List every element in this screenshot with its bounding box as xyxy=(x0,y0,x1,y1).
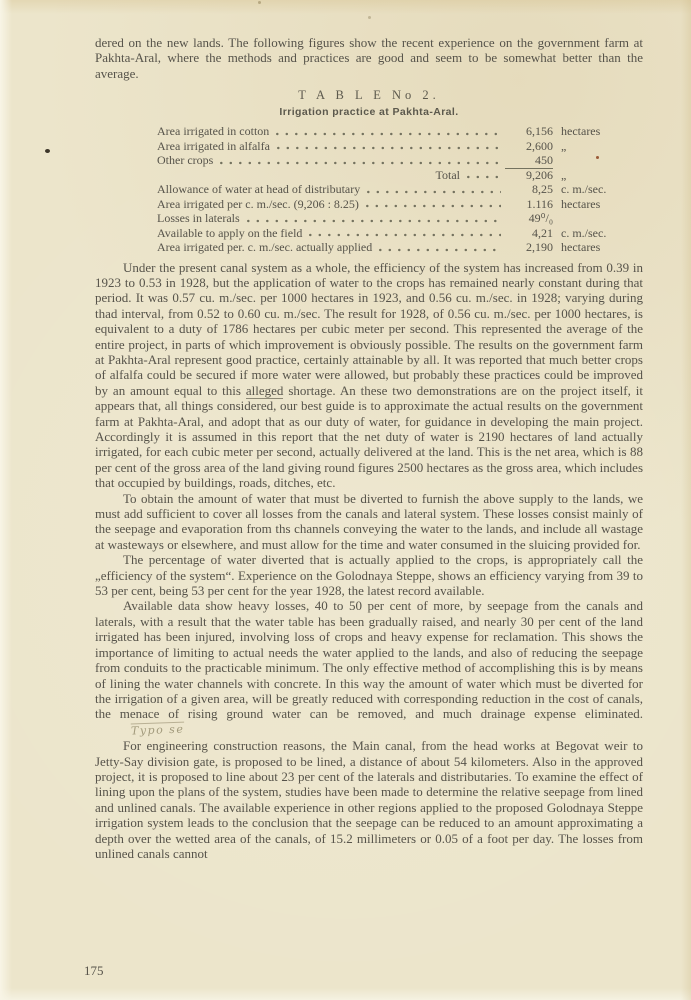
ink-speck xyxy=(258,1,261,4)
handwritten-annotation: Typo se xyxy=(103,721,185,739)
paragraph-text: shortage. An these two demonstrations ar… xyxy=(95,383,643,490)
page-body: dered on the new lands. The following fi… xyxy=(95,35,643,861)
table-row: Area irrigated in alfalfa 2,600 „ xyxy=(157,139,635,154)
dot-leader xyxy=(366,204,501,208)
paragraph-canal-system: Under the present canal system as a whol… xyxy=(95,260,643,491)
dot-leader xyxy=(277,146,501,150)
row-unit: c. m./sec. xyxy=(553,182,635,197)
row-unit: „ xyxy=(553,168,635,183)
table-row: Other crops 450 xyxy=(157,153,635,168)
row-label: Losses in laterals xyxy=(157,211,245,226)
table-row: Available to apply on the field 4,21 c. … xyxy=(157,226,635,241)
dot-leader xyxy=(379,248,501,252)
paragraph-lining: For engineering construction reasons, th… xyxy=(95,738,643,861)
paragraph-continuation: dered on the new lands. The following fi… xyxy=(95,35,643,81)
ink-speck xyxy=(45,149,50,153)
row-label: Available to apply on the field xyxy=(157,226,307,241)
table-title: T A B L E No 2. xyxy=(95,88,643,103)
row-value: 8,25 xyxy=(505,182,553,197)
row-value: 9,206 xyxy=(505,168,553,183)
paragraph-losses: Available data show heavy losses, 40 to … xyxy=(95,598,643,738)
paragraph-efficiency: The percentage of water diverted that is… xyxy=(95,552,643,598)
row-unit: „ xyxy=(553,139,635,154)
dot-leader xyxy=(220,161,501,165)
row-value: 6,156 xyxy=(505,124,553,139)
table-row-total: Total 9,206 „ xyxy=(157,168,635,183)
row-label: Area irrigated in alfalfa xyxy=(157,139,275,154)
table-row: Area irrigated per. c. m./sec. actually … xyxy=(157,240,635,255)
row-label: Other crops xyxy=(157,153,218,168)
table-subtitle: Irrigation practice at Pakhta-Aral. xyxy=(95,105,643,120)
paragraph-diverted-water: To obtain the amount of water that must … xyxy=(95,491,643,553)
dot-leader xyxy=(276,132,501,136)
dot-leader xyxy=(309,233,501,237)
scanned-document-page: dered on the new lands. The following fi… xyxy=(0,0,691,1000)
table-rows: Area irrigated in cotton 6,156 hectares … xyxy=(157,124,635,255)
dot-leader xyxy=(247,219,501,223)
row-value: 1.116 xyxy=(505,197,553,212)
row-label: Allowance of water at head of distributa… xyxy=(157,182,365,197)
row-unit: hectares xyxy=(553,197,635,212)
table-row: Area irrigated per c. m./sec. (9,206 : 8… xyxy=(157,197,635,212)
page-number: 175 xyxy=(84,963,104,979)
row-unit: hectares xyxy=(553,124,635,139)
row-unit: hectares xyxy=(553,240,635,255)
row-label: Total xyxy=(436,168,466,183)
row-value: 2,190 xyxy=(505,240,553,255)
paragraph-text: dered on the new lands. The following fi… xyxy=(95,35,643,81)
row-unit: c. m./sec. xyxy=(553,226,635,241)
table-row: Losses in laterals 49⁰/₀ xyxy=(157,211,635,226)
dot-leader xyxy=(367,190,501,194)
paragraph-text: Available data show heavy losses, 40 to … xyxy=(95,598,643,721)
row-label: Area irrigated per c. m./sec. (9,206 : 8… xyxy=(157,197,364,212)
row-value: 49⁰/₀ xyxy=(505,211,553,226)
paragraph-text: To obtain the amount of water that must … xyxy=(95,491,643,552)
ink-speck xyxy=(596,156,599,159)
table-row: Area irrigated in cotton 6,156 hectares xyxy=(157,124,635,139)
row-label: Area irrigated per. c. m./sec. actually … xyxy=(157,240,377,255)
dot-leader xyxy=(467,175,501,179)
row-value: 4,21 xyxy=(505,226,553,241)
row-value: 2,600 xyxy=(505,139,553,154)
table-row: Allowance of water at head of distributa… xyxy=(157,182,635,197)
paragraph-text: Under the present canal system as a whol… xyxy=(95,260,643,398)
paragraph-text: The percentage of water diverted that is… xyxy=(95,552,643,598)
paragraph-text: For engineering construction reasons, th… xyxy=(95,738,643,861)
underlined-word: alleged xyxy=(246,383,284,399)
ink-speck xyxy=(368,16,371,19)
table-no-2: T A B L E No 2. Irrigation practice at P… xyxy=(95,88,643,254)
row-label: Area irrigated in cotton xyxy=(157,124,274,139)
